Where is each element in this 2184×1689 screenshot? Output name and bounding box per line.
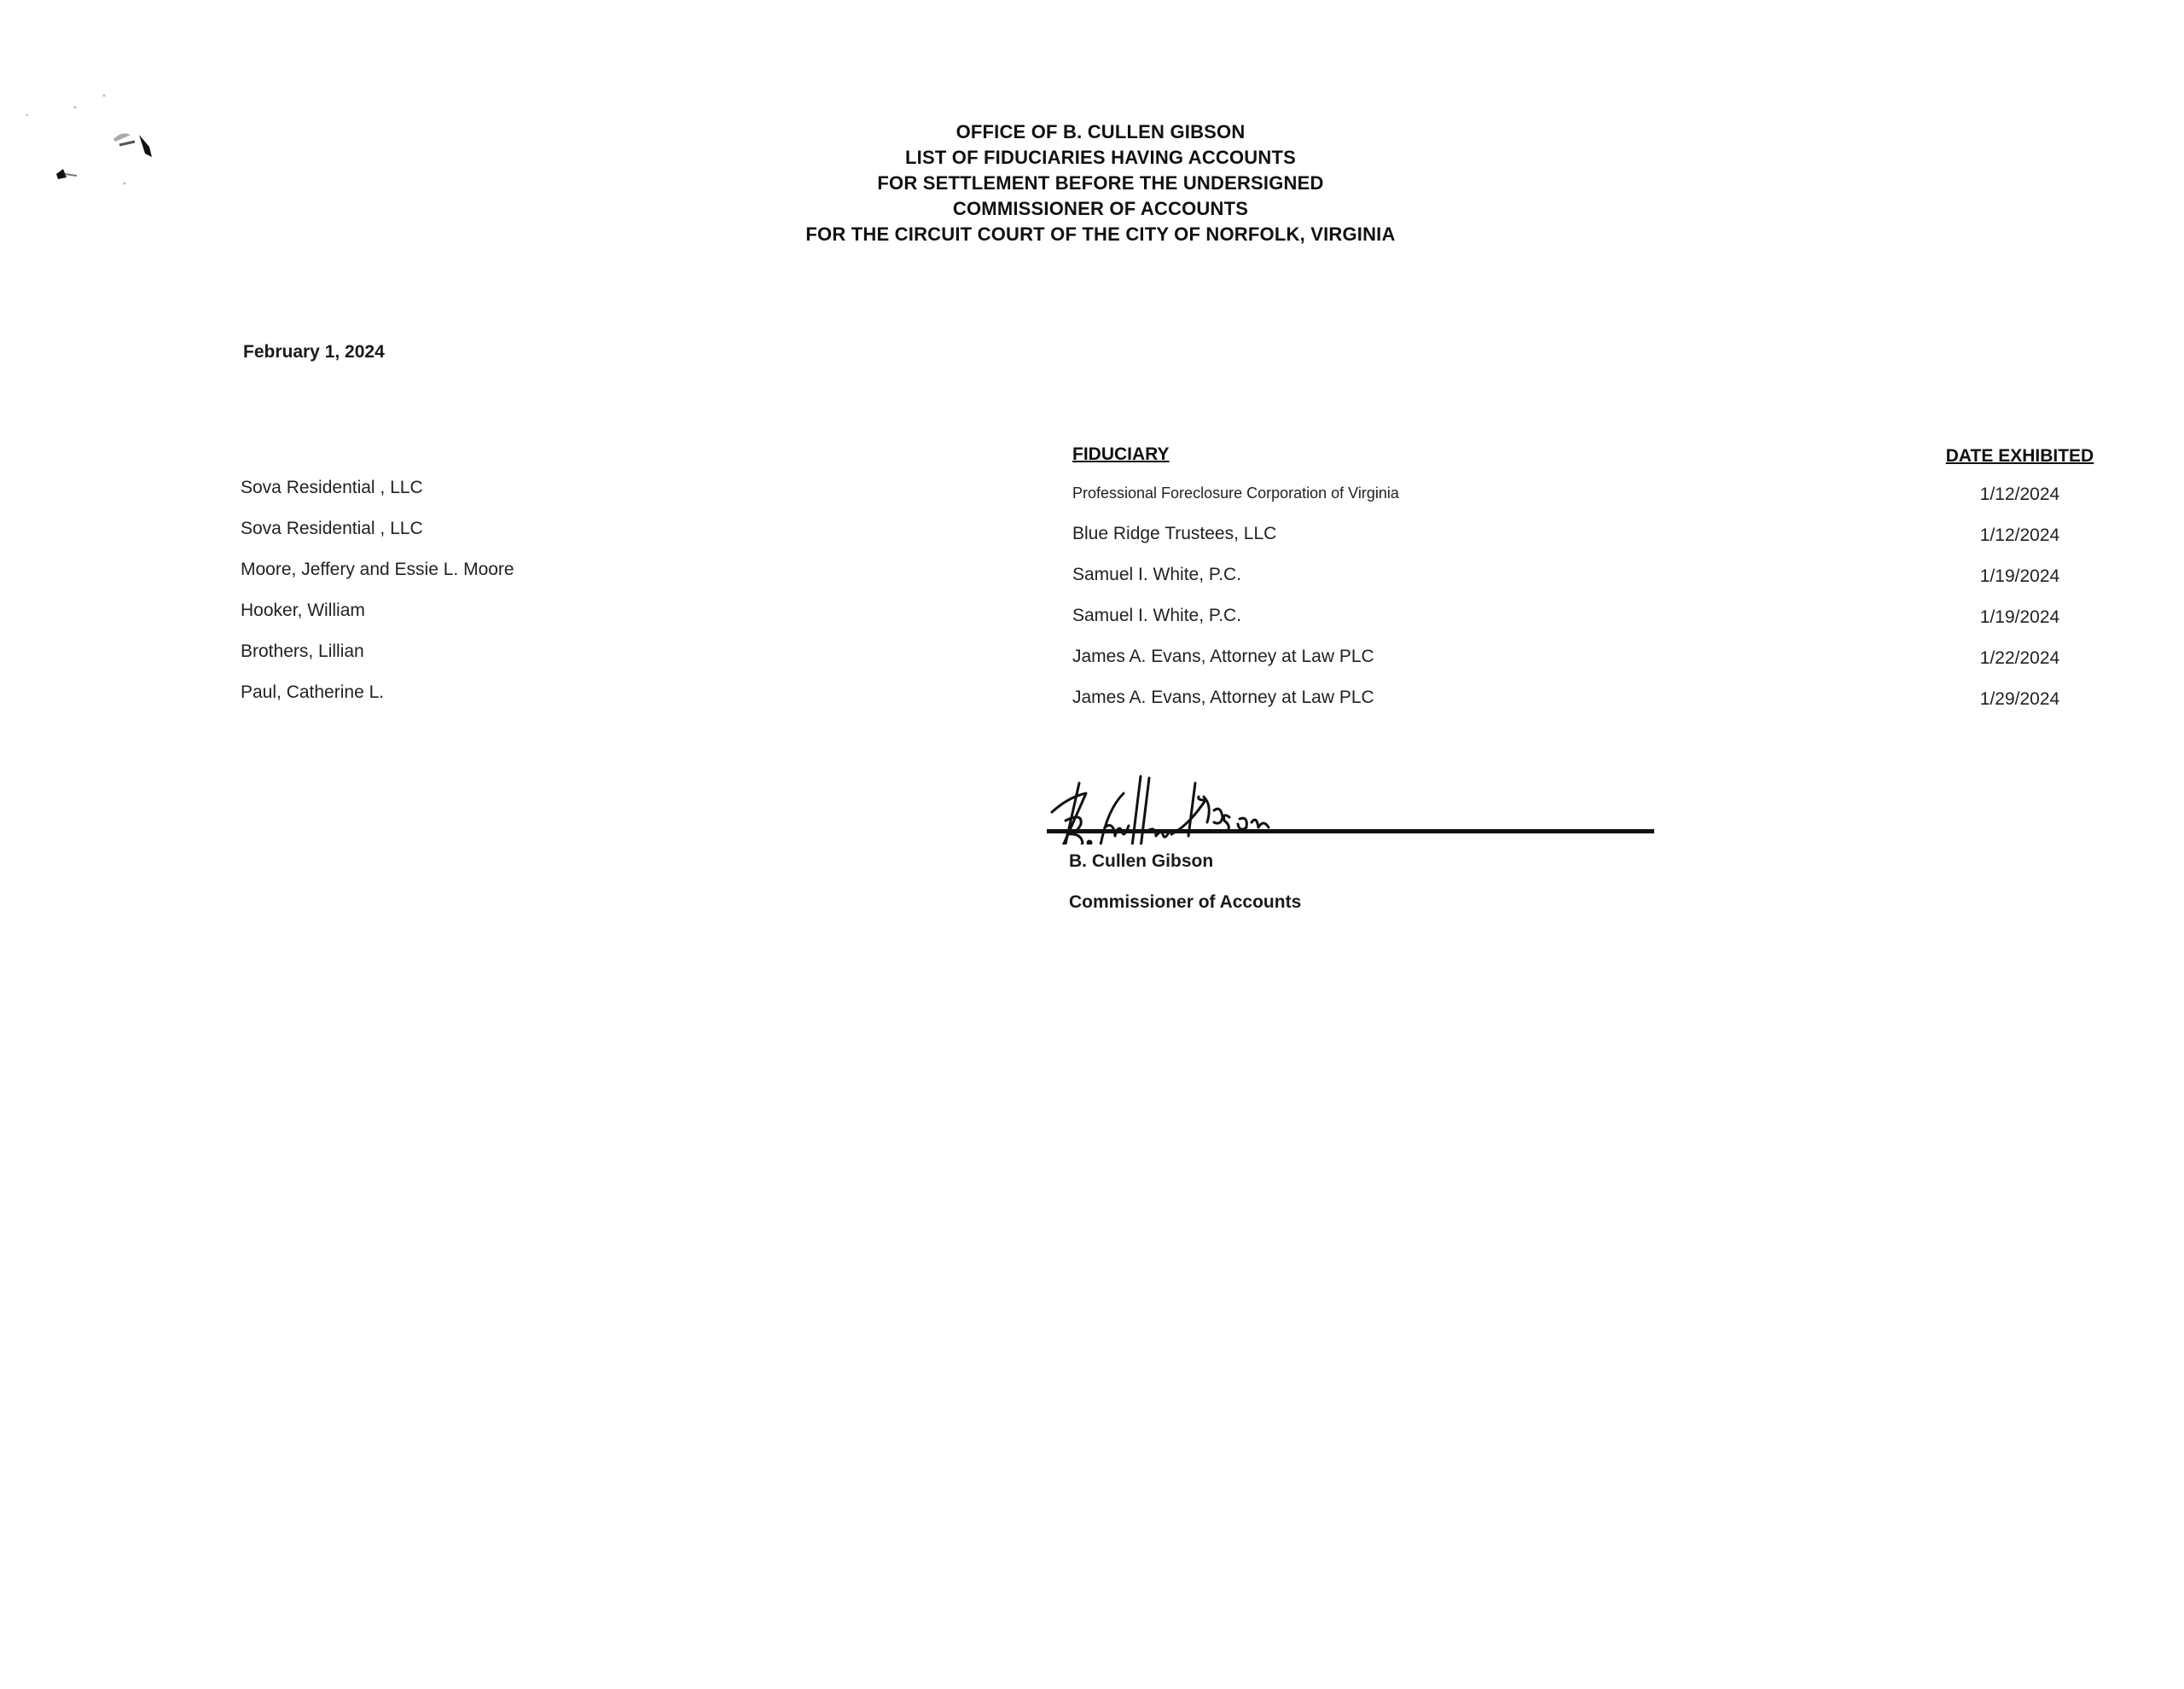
header-line-commissioner: COMMISSIONER OF ACCOUNTS bbox=[0, 196, 2184, 222]
signer-title: Commissioner of Accounts bbox=[1069, 890, 1301, 931]
header-line-court: FOR THE CIRCUIT COURT OF THE CITY OF NOR… bbox=[0, 222, 2184, 247]
date-exhibited: 1/19/2024 bbox=[1937, 563, 2103, 604]
document-date: February 1, 2024 bbox=[243, 342, 385, 363]
fiduciary-name: Professional Foreclosure Corporation of … bbox=[1072, 479, 1399, 520]
fiduciary-name: Samuel I. White, P.C. bbox=[1072, 561, 1399, 602]
fiduciary-name: James A. Evans, Attorney at Law PLC bbox=[1072, 643, 1399, 684]
document-header: OFFICE OF B. CULLEN GIBSON LIST OF FIDUC… bbox=[0, 119, 2184, 247]
header-line-office: OFFICE OF B. CULLEN GIBSON bbox=[0, 119, 2184, 145]
date-exhibited: 1/22/2024 bbox=[1937, 645, 2103, 686]
signer-block: B. Cullen Gibson Commissioner of Account… bbox=[1069, 849, 1301, 931]
date-exhibited: 1/12/2024 bbox=[1937, 522, 2103, 563]
date-exhibited: 1/29/2024 bbox=[1937, 686, 2103, 727]
fiduciary-name: Samuel I. White, P.C. bbox=[1072, 602, 1399, 643]
estate-name: Hooker, William bbox=[241, 597, 514, 638]
date-exhibited: 1/19/2024 bbox=[1937, 604, 2103, 645]
fiduciary-name: James A. Evans, Attorney at Law PLC bbox=[1072, 684, 1399, 725]
header-line-list: LIST OF FIDUCIARIES HAVING ACCOUNTS bbox=[0, 145, 2184, 171]
header-line-settlement: FOR SETTLEMENT BEFORE THE UNDERSIGNED bbox=[0, 171, 2184, 196]
date-exhibited-column-header: DATE EXHIBITED bbox=[1937, 444, 2103, 481]
date-exhibited-column: DATE EXHIBITED 1/12/2024 1/12/2024 1/19/… bbox=[1937, 444, 2103, 727]
fiduciary-column: FIDUCIARY Professional Foreclosure Corpo… bbox=[1072, 442, 1399, 725]
estate-name: Moore, Jeffery and Essie L. Moore bbox=[241, 556, 514, 597]
estate-name: Sova Residential , LLC bbox=[241, 515, 514, 556]
estate-name: Paul, Catherine L. bbox=[241, 679, 514, 720]
fiduciary-column-header: FIDUCIARY bbox=[1072, 442, 1399, 479]
estate-name: Brothers, Lillian bbox=[241, 638, 514, 679]
signer-name: B. Cullen Gibson bbox=[1069, 849, 1301, 890]
estate-column: Sova Residential , LLC Sova Residential … bbox=[241, 474, 514, 720]
signature-line bbox=[1047, 829, 1654, 833]
estate-name: Sova Residential , LLC bbox=[241, 474, 514, 515]
date-exhibited: 1/12/2024 bbox=[1937, 481, 2103, 522]
fiduciary-name: Blue Ridge Trustees, LLC bbox=[1072, 520, 1399, 561]
